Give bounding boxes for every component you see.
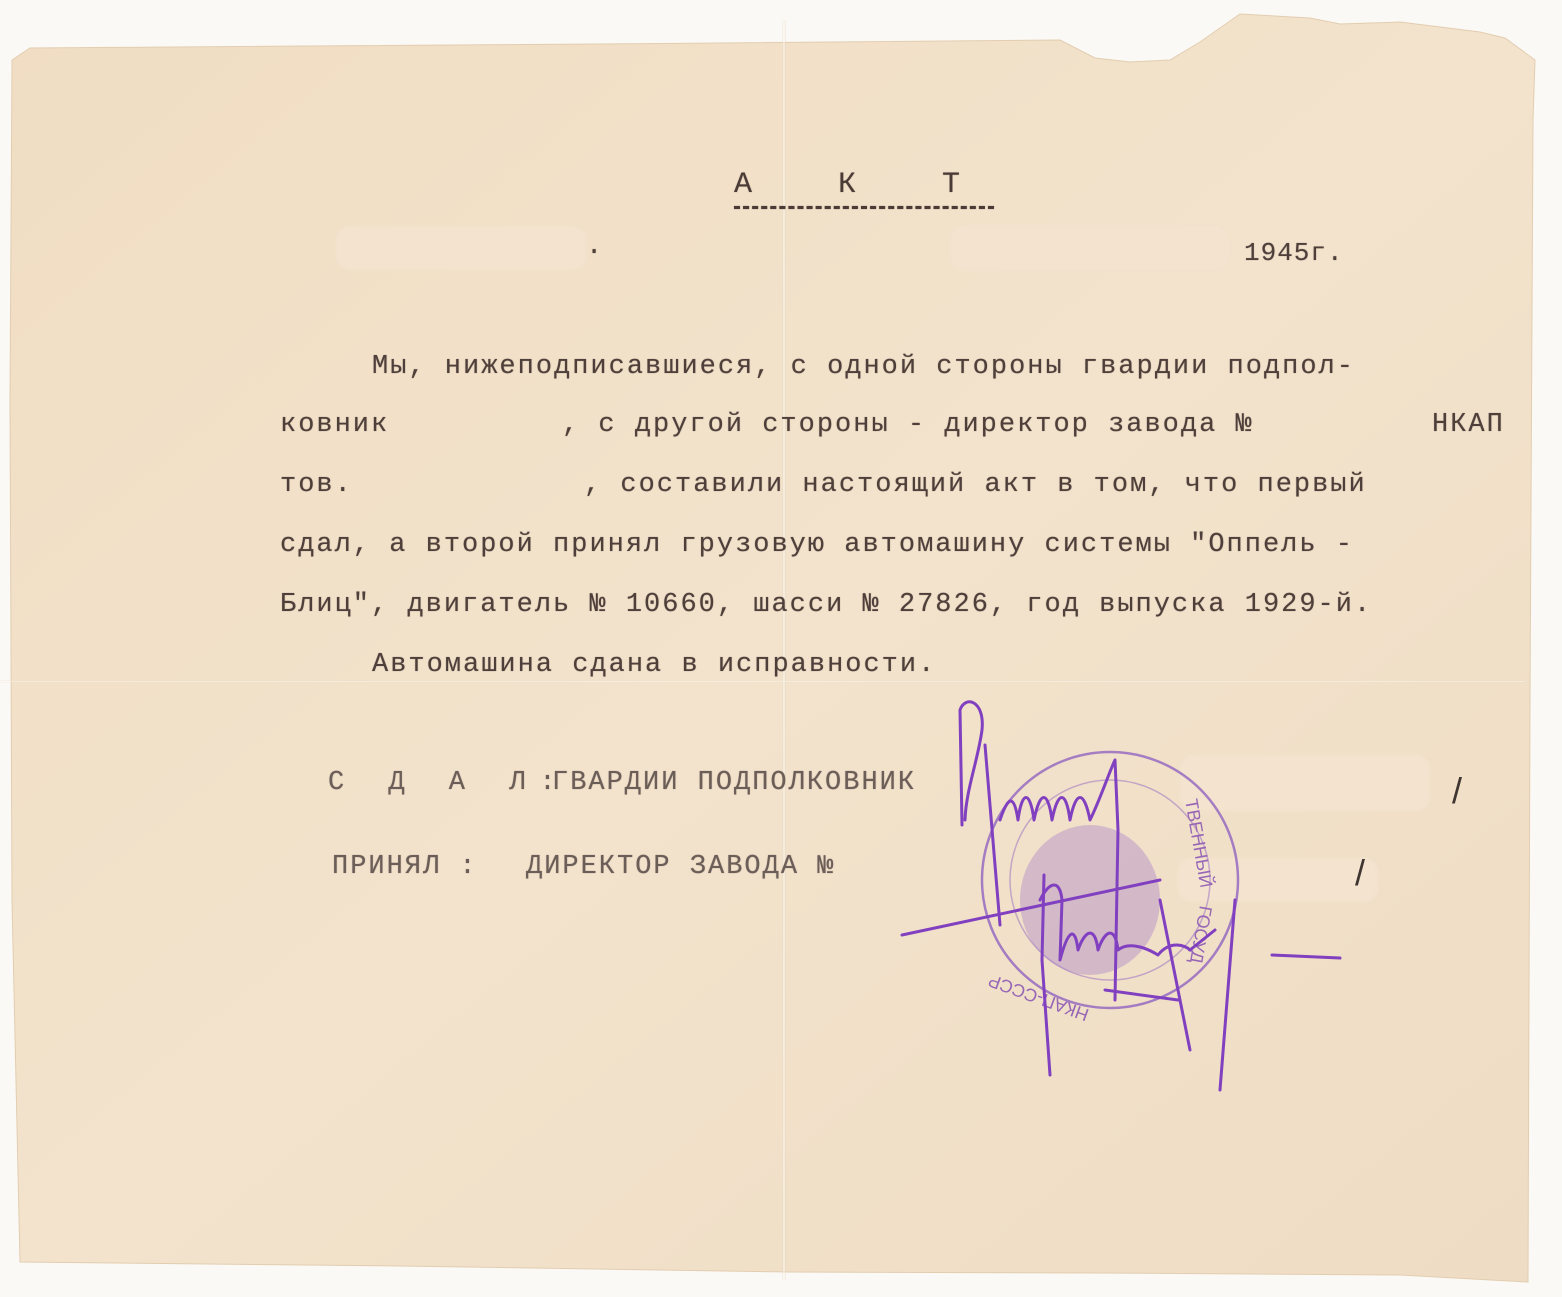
document-paper: А К Т . 1945г. Мы, нижеподписавшиеся, с … <box>0 0 1562 1297</box>
received-role: ДИРЕКТОР ЗАВОДА № <box>526 852 835 882</box>
slash-mark-2: / <box>1355 852 1365 894</box>
redacted-place <box>336 226 586 270</box>
redacted-name-1 <box>1180 755 1430 811</box>
handed-over-role: ГВАРДИИ ПОДПОЛКОВНИК <box>552 768 916 798</box>
handed-over-label: С Д А Л: <box>328 768 570 798</box>
body-line-5: Блиц", двигатель № 10660, шасси № 27826,… <box>280 590 1372 620</box>
body-line-1: Мы, нижеподписавшиеся, с одной стороны г… <box>372 352 1355 382</box>
date-year: 1945г. <box>1244 238 1344 268</box>
body-line-3b: , составили настоящий акт в том, что пер… <box>584 470 1367 500</box>
date-dot: . <box>586 232 604 262</box>
paper-fold-horizontal <box>0 680 1525 683</box>
redacted-date <box>950 226 1230 270</box>
body-line-6: Автомашина сдана в исправности. <box>372 650 936 680</box>
document-title: А К Т <box>734 168 994 202</box>
redacted-name-2 <box>1178 858 1378 902</box>
body-line-2c: НКАП <box>1432 410 1505 440</box>
body-line-2b: , с другой стороны - директор завода № <box>562 410 1254 440</box>
body-line-3a: тов. <box>280 470 353 500</box>
slash-mark-1: / <box>1452 770 1462 812</box>
body-line-2a: ковник <box>280 410 389 440</box>
received-label: ПРИНЯЛ : <box>332 852 478 882</box>
body-line-4: сдал, а второй принял грузовую автомашин… <box>280 530 1354 560</box>
